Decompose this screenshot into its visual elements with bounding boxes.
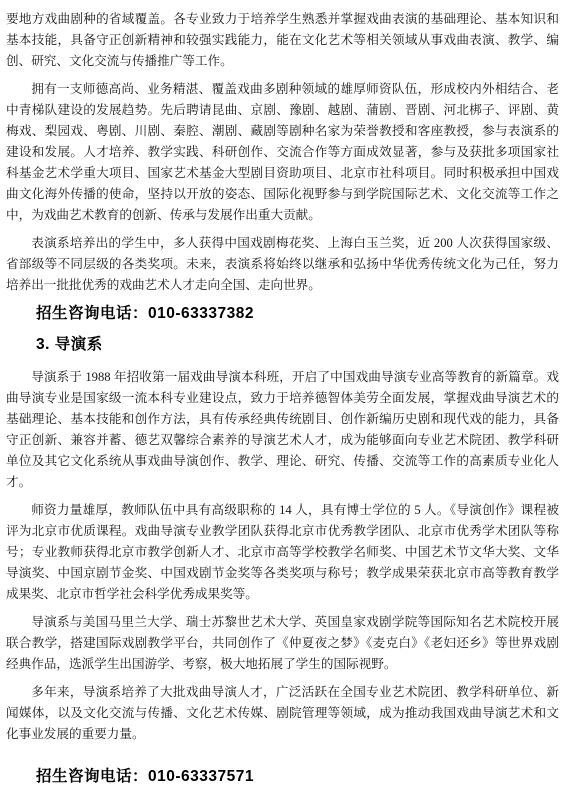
paragraph-directing-dept-intro: 导演系于 1988 年招收第一届戏曲导演本科班，开启了中国戏曲导演专业高等教育的… [6,367,559,493]
paragraph-performance-student-awards: 表演系培养出的学生中，多人获得中国戏剧梅花奖、上海白玉兰奖，近 200 人次获得… [6,233,559,296]
paragraph-directing-alumni: 多年来，导演系培养了大批戏曲导演人才，广泛活跃在全国专业艺术院团、教学科研单位、… [6,682,559,745]
admission-phone-directing-dept: 招生咨询电话：010-63337571 [6,766,559,788]
paragraph-directing-faculty-awards: 师资力量雄厚，教师队伍中具有高级职称的 14 人，具有博士学位的 5 人。《导演… [6,500,559,605]
paragraph-performance-faculty-achievements: 拥有一支师德高尚、业务精湛、覆盖戏曲多剧种领域的雄厚师资队伍，形成校内外相结合、… [6,79,559,226]
admission-phone-performance-dept: 招生咨询电话：010-63337382 [6,303,559,325]
paragraph-directing-international-cooperation: 导演系与美国马里兰大学、瑞士苏黎世艺术大学、英国皇家戏剧学院等国际知名艺术院校开… [6,612,559,675]
paragraph-performance-dept-goals: 要地方戏曲剧种的省域覆盖。各专业致力于培养学生熟悉并掌握戏曲表演的基础理论、基本… [6,9,559,72]
document-page: 要地方戏曲剧种的省域覆盖。各专业致力于培养学生熟悉并掌握戏曲表演的基础理论、基本… [0,0,565,807]
section-heading-directing-dept: 3. 导演系 [6,334,559,356]
